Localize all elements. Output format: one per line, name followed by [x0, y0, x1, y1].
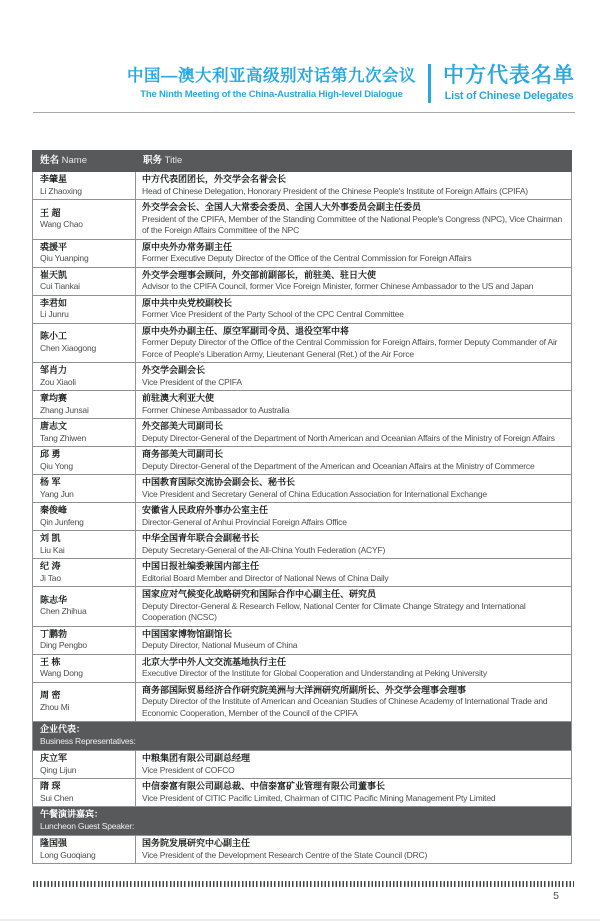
section-label-zh: 午餐演讲嘉宾：	[40, 809, 565, 821]
delegate-name-cell: 邱 勇Qiu Yong	[33, 447, 136, 475]
delegate-title-cell: 中国教育国际交流协会副会长、秘书长Vice President and Secr…	[136, 475, 572, 503]
delegate-title-zh: 北京大学中外人文交流基地执行主任	[142, 657, 565, 669]
delegate-name-en: Chen Zhihua	[40, 606, 131, 618]
delegate-name-zh: 刘 凯	[40, 533, 131, 545]
meeting-title-block: 中国—澳大利亚高级别对话第九次会议 The Ninth Meeting of t…	[127, 66, 416, 101]
footer-bars	[33, 881, 574, 887]
delegate-name-en: Tang Zhiwen	[40, 433, 131, 445]
delegate-row: 李君如Li Junru原中共中央党校副校长Former Vice Preside…	[33, 295, 572, 323]
delegate-row: 崔天凯Cui Tiankai外交学会理事会顾问，外交部前副部长，前驻美、驻日大使…	[33, 267, 572, 295]
column-header-name-zh: 姓名	[40, 155, 59, 166]
delegate-name-zh: 邱 勇	[40, 449, 131, 461]
delegate-row: 刘 凯Liu Kai中华全国青年联合会副秘书长Deputy Secretary-…	[33, 531, 572, 559]
delegate-row: 唐志文Tang Zhiwen外交部美大司副司长Deputy Director-G…	[33, 419, 572, 447]
doc-title-block: 中方代表名单 List of Chinese Delegates	[443, 64, 575, 103]
delegate-title-zh: 外交学会会长、全国人大常委会委员、全国人大外事委员会副主任委员	[142, 202, 565, 214]
delegate-name-zh: 李肇星	[40, 174, 131, 186]
delegate-title-en: Former Vice President of the Party Schoo…	[142, 309, 565, 321]
delegate-name-zh: 王 栋	[40, 657, 131, 669]
delegate-title-zh: 原中共中央党校副校长	[142, 298, 565, 310]
delegate-name-zh: 杨 军	[40, 477, 131, 489]
delegate-name-en: Long Guoqiang	[40, 850, 131, 862]
delegate-row: 庆立军Qing Lijun中粮集团有限公司副总经理Vice President …	[33, 751, 572, 779]
delegate-title-zh: 国家应对气候变化战略研究和国际合作中心副主任、研究员	[142, 589, 565, 601]
delegate-title-zh: 中方代表团团长，外交学会名誉会长	[142, 174, 565, 186]
delegates-table: 姓名 Name 职务 Title 李肇星Li Zhaoxing中方代表团团长，外…	[32, 150, 572, 864]
delegate-title-cell: 外交学会会长、全国人大常委会委员、全国人大外事委员会副主任委员President…	[136, 200, 572, 240]
delegate-title-en: Director-General of Anhui Provincial For…	[142, 517, 565, 529]
delegate-title-en: Editorial Board Member and Director of N…	[142, 573, 565, 585]
delegate-row: 王 栋Wang Dong北京大学中外人文交流基地执行主任Executive Di…	[33, 654, 572, 682]
section-label-en: Business Representatives:	[40, 736, 565, 748]
delegate-title-en: Vice President of the Development Resear…	[142, 850, 565, 862]
section-label-zh: 企业代表：	[40, 724, 565, 736]
delegate-name-cell: 李君如Li Junru	[33, 295, 136, 323]
delegate-name-cell: 李肇星Li Zhaoxing	[33, 172, 136, 200]
column-header-name: 姓名 Name	[33, 151, 136, 172]
section-band-cell: 午餐演讲嘉宾：Luncheon Guest Speaker:	[33, 807, 572, 836]
delegate-name-en: Wang Chao	[40, 219, 131, 231]
delegate-row: 陈小工Chen Xiaogong原中央外办副主任、原空军副司令员、退役空军中将F…	[33, 323, 572, 363]
delegate-row: 章均赛Zhang Junsai前驻澳大利亚大使Former Chinese Am…	[33, 391, 572, 419]
delegate-name-zh: 裘援平	[40, 242, 131, 254]
delegate-name-en: Sui Chen	[40, 793, 131, 805]
doc-title-zh: 中方代表名单	[443, 64, 575, 88]
delegate-title-zh: 中信泰富有限公司副总裁、中信泰富矿业管理有限公司董事长	[142, 781, 565, 793]
delegate-name-en: Qing Lijun	[40, 765, 131, 777]
delegate-name-en: Cui Tiankai	[40, 281, 131, 293]
delegate-name-cell: 隋 琛Sui Chen	[33, 779, 136, 807]
delegate-name-en: Li Zhaoxing	[40, 186, 131, 198]
delegate-name-cell: 丁鹏勃Ding Pengbo	[33, 626, 136, 654]
column-header-name-en: Name	[62, 155, 87, 166]
delegate-name-en: Li Junru	[40, 309, 131, 321]
delegate-name-zh: 唐志文	[40, 421, 131, 433]
page-header: 中国—澳大利亚高级别对话第九次会议 The Ninth Meeting of t…	[25, 64, 575, 103]
delegate-name-cell: 王 栋Wang Dong	[33, 654, 136, 682]
delegate-name-zh: 章均赛	[40, 393, 131, 405]
delegate-title-cell: 外交学会副会长Vice President of the CPIFA	[136, 363, 572, 391]
delegate-title-en: Deputy Director-General & Research Fello…	[142, 601, 565, 624]
delegate-title-zh: 中粮集团有限公司副总经理	[142, 753, 565, 765]
delegate-name-en: Liu Kai	[40, 545, 131, 557]
delegate-title-cell: 外交部美大司副司长Deputy Director-General of the …	[136, 419, 572, 447]
section-band-cell: 企业代表：Business Representatives:	[33, 722, 572, 751]
delegate-row: 隋 琛Sui Chen中信泰富有限公司副总裁、中信泰富矿业管理有限公司董事长Vi…	[33, 779, 572, 807]
delegate-title-zh: 安徽省人民政府外事办公室主任	[142, 505, 565, 517]
delegate-title-zh: 外交部美大司副司长	[142, 421, 565, 433]
delegate-title-zh: 原中央外办常务副主任	[142, 242, 565, 254]
delegate-name-zh: 隆国强	[40, 838, 131, 850]
delegate-name-en: Qin Junfeng	[40, 517, 131, 529]
delegate-name-en: Ji Tao	[40, 573, 131, 585]
delegate-title-cell: 原中央外办副主任、原空军副司令员、退役空军中将Former Deputy Dir…	[136, 323, 572, 363]
delegate-title-cell: 中国国家博物馆副馆长Deputy Director, National Muse…	[136, 626, 572, 654]
delegate-row: 周 密Zhou Mi商务部国际贸易经济合作研究院美洲与大洋洲研究所副所长、外交学…	[33, 682, 572, 722]
delegate-row: 王 超Wang Chao外交学会会长、全国人大常委会委员、全国人大外事委员会副主…	[33, 200, 572, 240]
delegate-title-en: Vice President and Secretary General of …	[142, 489, 565, 501]
delegate-title-cell: 中粮集团有限公司副总经理Vice President of COFCO	[136, 751, 572, 779]
delegate-name-cell: 秦俊峰Qin Junfeng	[33, 503, 136, 531]
document-page: 中国—澳大利亚高级别对话第九次会议 The Ninth Meeting of t…	[0, 0, 600, 921]
delegate-title-en: Former Chinese Ambassador to Australia	[142, 405, 565, 417]
delegate-row: 邱 勇Qiu Yong商务部美大司副司长Deputy Director-Gene…	[33, 447, 572, 475]
delegate-name-zh: 崔天凯	[40, 270, 131, 282]
delegate-name-en: Qiu Yong	[40, 461, 131, 473]
meeting-title-en: The Ninth Meeting of the China-Australia…	[127, 88, 416, 101]
delegate-title-zh: 中国教育国际交流协会副会长、秘书长	[142, 477, 565, 489]
delegate-title-en: Deputy Secretary-General of the All-Chin…	[142, 545, 565, 557]
delegate-name-zh: 隋 琛	[40, 781, 131, 793]
delegate-title-en: Advisor to the CPIFA Council, former Vic…	[142, 281, 565, 293]
delegate-name-en: Chen Xiaogong	[40, 343, 131, 355]
delegate-title-cell: 国务院发展研究中心副主任Vice President of the Develo…	[136, 836, 572, 864]
delegate-name-cell: 陈志华Chen Zhihua	[33, 587, 136, 627]
delegate-title-zh: 国务院发展研究中心副主任	[142, 838, 565, 850]
delegate-name-zh: 李君如	[40, 298, 131, 310]
delegate-title-en: Former Executive Deputy Director of the …	[142, 253, 565, 265]
page-number: 5	[0, 890, 559, 902]
header-divider	[428, 64, 431, 103]
delegate-title-cell: 商务部国际贸易经济合作研究院美洲与大洋洲研究所副所长、外交学会理事会理事Depu…	[136, 682, 572, 722]
delegate-row: 杨 军Yang Jun中国教育国际交流协会副会长、秘书长Vice Preside…	[33, 475, 572, 503]
delegate-title-en: Head of Chinese Delegation, Honorary Pre…	[142, 186, 565, 198]
delegate-title-cell: 中方代表团团长，外交学会名誉会长Head of Chinese Delegati…	[136, 172, 572, 200]
delegate-title-en: Former Deputy Director of the Office of …	[142, 337, 565, 360]
delegate-name-zh: 王 超	[40, 208, 131, 220]
delegate-title-cell: 中信泰富有限公司副总裁、中信泰富矿业管理有限公司董事长Vice Presiden…	[136, 779, 572, 807]
delegate-title-cell: 国家应对气候变化战略研究和国际合作中心副主任、研究员Deputy Directo…	[136, 587, 572, 627]
delegate-name-cell: 隆国强Long Guoqiang	[33, 836, 136, 864]
delegate-title-en: Deputy Director of the Institute of Amer…	[142, 696, 565, 719]
doc-title-en: List of Chinese Delegates	[443, 90, 575, 103]
delegate-name-cell: 陈小工Chen Xiaogong	[33, 323, 136, 363]
delegate-name-cell: 杨 军Yang Jun	[33, 475, 136, 503]
delegate-title-en: Deputy Director, National Museum of Chin…	[142, 640, 565, 652]
delegate-title-en: Vice President of CITIC Pacific Limited,…	[142, 793, 565, 805]
table-header-row: 姓名 Name 职务 Title	[33, 151, 572, 172]
delegate-name-zh: 邹肖力	[40, 365, 131, 377]
delegate-name-cell: 周 密Zhou Mi	[33, 682, 136, 722]
delegate-row: 裘援平Qiu Yuanping原中央外办常务副主任Former Executiv…	[33, 239, 572, 267]
header-rule	[33, 112, 575, 113]
delegate-title-zh: 中国日报社编委兼国内部主任	[142, 561, 565, 573]
delegate-name-en: Zou Xiaoli	[40, 377, 131, 389]
delegate-title-zh: 外交学会副会长	[142, 365, 565, 377]
delegate-name-en: Zhou Mi	[40, 702, 131, 714]
delegate-title-en: Deputy Director-General of the Departmen…	[142, 461, 565, 473]
column-header-title-zh: 职务	[143, 155, 162, 166]
delegate-title-en: Vice President of the CPIFA	[142, 377, 565, 389]
section-band-row: 企业代表：Business Representatives:	[33, 722, 572, 751]
delegate-title-en: Vice President of COFCO	[142, 765, 565, 777]
delegate-name-cell: 王 超Wang Chao	[33, 200, 136, 240]
delegate-name-cell: 纪 涛Ji Tao	[33, 559, 136, 587]
column-header-title-en: Title	[165, 155, 183, 166]
delegate-name-en: Qiu Yuanping	[40, 253, 131, 265]
delegate-title-zh: 中国国家博物馆副馆长	[142, 629, 565, 641]
delegate-title-cell: 原中共中央党校副校长Former Vice President of the P…	[136, 295, 572, 323]
delegate-name-zh: 陈小工	[40, 331, 131, 343]
meeting-title-zh: 中国—澳大利亚高级别对话第九次会议	[127, 66, 416, 86]
delegate-title-zh: 原中央外办副主任、原空军副司令员、退役空军中将	[142, 326, 565, 338]
delegate-name-zh: 周 密	[40, 690, 131, 702]
delegate-row: 邹肖力Zou Xiaoli外交学会副会长Vice President of th…	[33, 363, 572, 391]
delegate-name-cell: 庆立军Qing Lijun	[33, 751, 136, 779]
delegate-name-cell: 刘 凯Liu Kai	[33, 531, 136, 559]
delegate-name-cell: 章均赛Zhang Junsai	[33, 391, 136, 419]
delegate-row: 丁鹏勃Ding Pengbo中国国家博物馆副馆长Deputy Director,…	[33, 626, 572, 654]
delegate-title-en: Executive Director of the Institute for …	[142, 668, 565, 680]
delegate-name-zh: 丁鹏勃	[40, 629, 131, 641]
delegate-title-cell: 中国日报社编委兼国内部主任Editorial Board Member and …	[136, 559, 572, 587]
delegate-title-en: Deputy Director-General of the Departmen…	[142, 433, 565, 445]
delegate-name-cell: 邹肖力Zou Xiaoli	[33, 363, 136, 391]
delegate-name-en: Ding Pengbo	[40, 640, 131, 652]
section-band-row: 午餐演讲嘉宾：Luncheon Guest Speaker:	[33, 807, 572, 836]
delegate-title-cell: 前驻澳大利亚大使Former Chinese Ambassador to Aus…	[136, 391, 572, 419]
delegate-name-zh: 陈志华	[40, 595, 131, 607]
delegate-title-cell: 安徽省人民政府外事办公室主任Director-General of Anhui …	[136, 503, 572, 531]
delegate-name-en: Yang Jun	[40, 489, 131, 501]
delegate-title-zh: 商务部国际贸易经济合作研究院美洲与大洋洲研究所副所长、外交学会理事会理事	[142, 685, 565, 697]
delegate-name-zh: 秦俊峰	[40, 505, 131, 517]
delegate-row: 纪 涛Ji Tao中国日报社编委兼国内部主任Editorial Board Me…	[33, 559, 572, 587]
delegate-row: 隆国强Long Guoqiang国务院发展研究中心副主任Vice Preside…	[33, 836, 572, 864]
delegate-title-en: President of the CPIFA, Member of the St…	[142, 214, 565, 237]
delegate-title-cell: 外交学会理事会顾问，外交部前副部长，前驻美、驻日大使Advisor to the…	[136, 267, 572, 295]
delegate-title-cell: 中华全国青年联合会副秘书长Deputy Secretary-General of…	[136, 531, 572, 559]
delegate-name-en: Zhang Junsai	[40, 405, 131, 417]
delegate-title-cell: 原中央外办常务副主任Former Executive Deputy Direct…	[136, 239, 572, 267]
delegate-title-zh: 商务部美大司副司长	[142, 449, 565, 461]
delegate-title-zh: 前驻澳大利亚大使	[142, 393, 565, 405]
delegate-row: 陈志华Chen Zhihua国家应对气候变化战略研究和国际合作中心副主任、研究员…	[33, 587, 572, 627]
delegate-title-cell: 北京大学中外人文交流基地执行主任Executive Director of th…	[136, 654, 572, 682]
delegate-title-cell: 商务部美大司副司长Deputy Director-General of the …	[136, 447, 572, 475]
delegate-title-zh: 中华全国青年联合会副秘书长	[142, 533, 565, 545]
delegate-name-en: Wang Dong	[40, 668, 131, 680]
delegate-name-cell: 崔天凯Cui Tiankai	[33, 267, 136, 295]
column-header-title: 职务 Title	[136, 151, 572, 172]
delegate-title-zh: 外交学会理事会顾问，外交部前副部长，前驻美、驻日大使	[142, 270, 565, 282]
delegate-row: 李肇星Li Zhaoxing中方代表团团长，外交学会名誉会长Head of Ch…	[33, 172, 572, 200]
delegate-name-zh: 庆立军	[40, 753, 131, 765]
delegate-name-cell: 裘援平Qiu Yuanping	[33, 239, 136, 267]
delegate-name-cell: 唐志文Tang Zhiwen	[33, 419, 136, 447]
delegate-name-zh: 纪 涛	[40, 561, 131, 573]
delegate-row: 秦俊峰Qin Junfeng安徽省人民政府外事办公室主任Director-Gen…	[33, 503, 572, 531]
section-label-en: Luncheon Guest Speaker:	[40, 821, 565, 833]
